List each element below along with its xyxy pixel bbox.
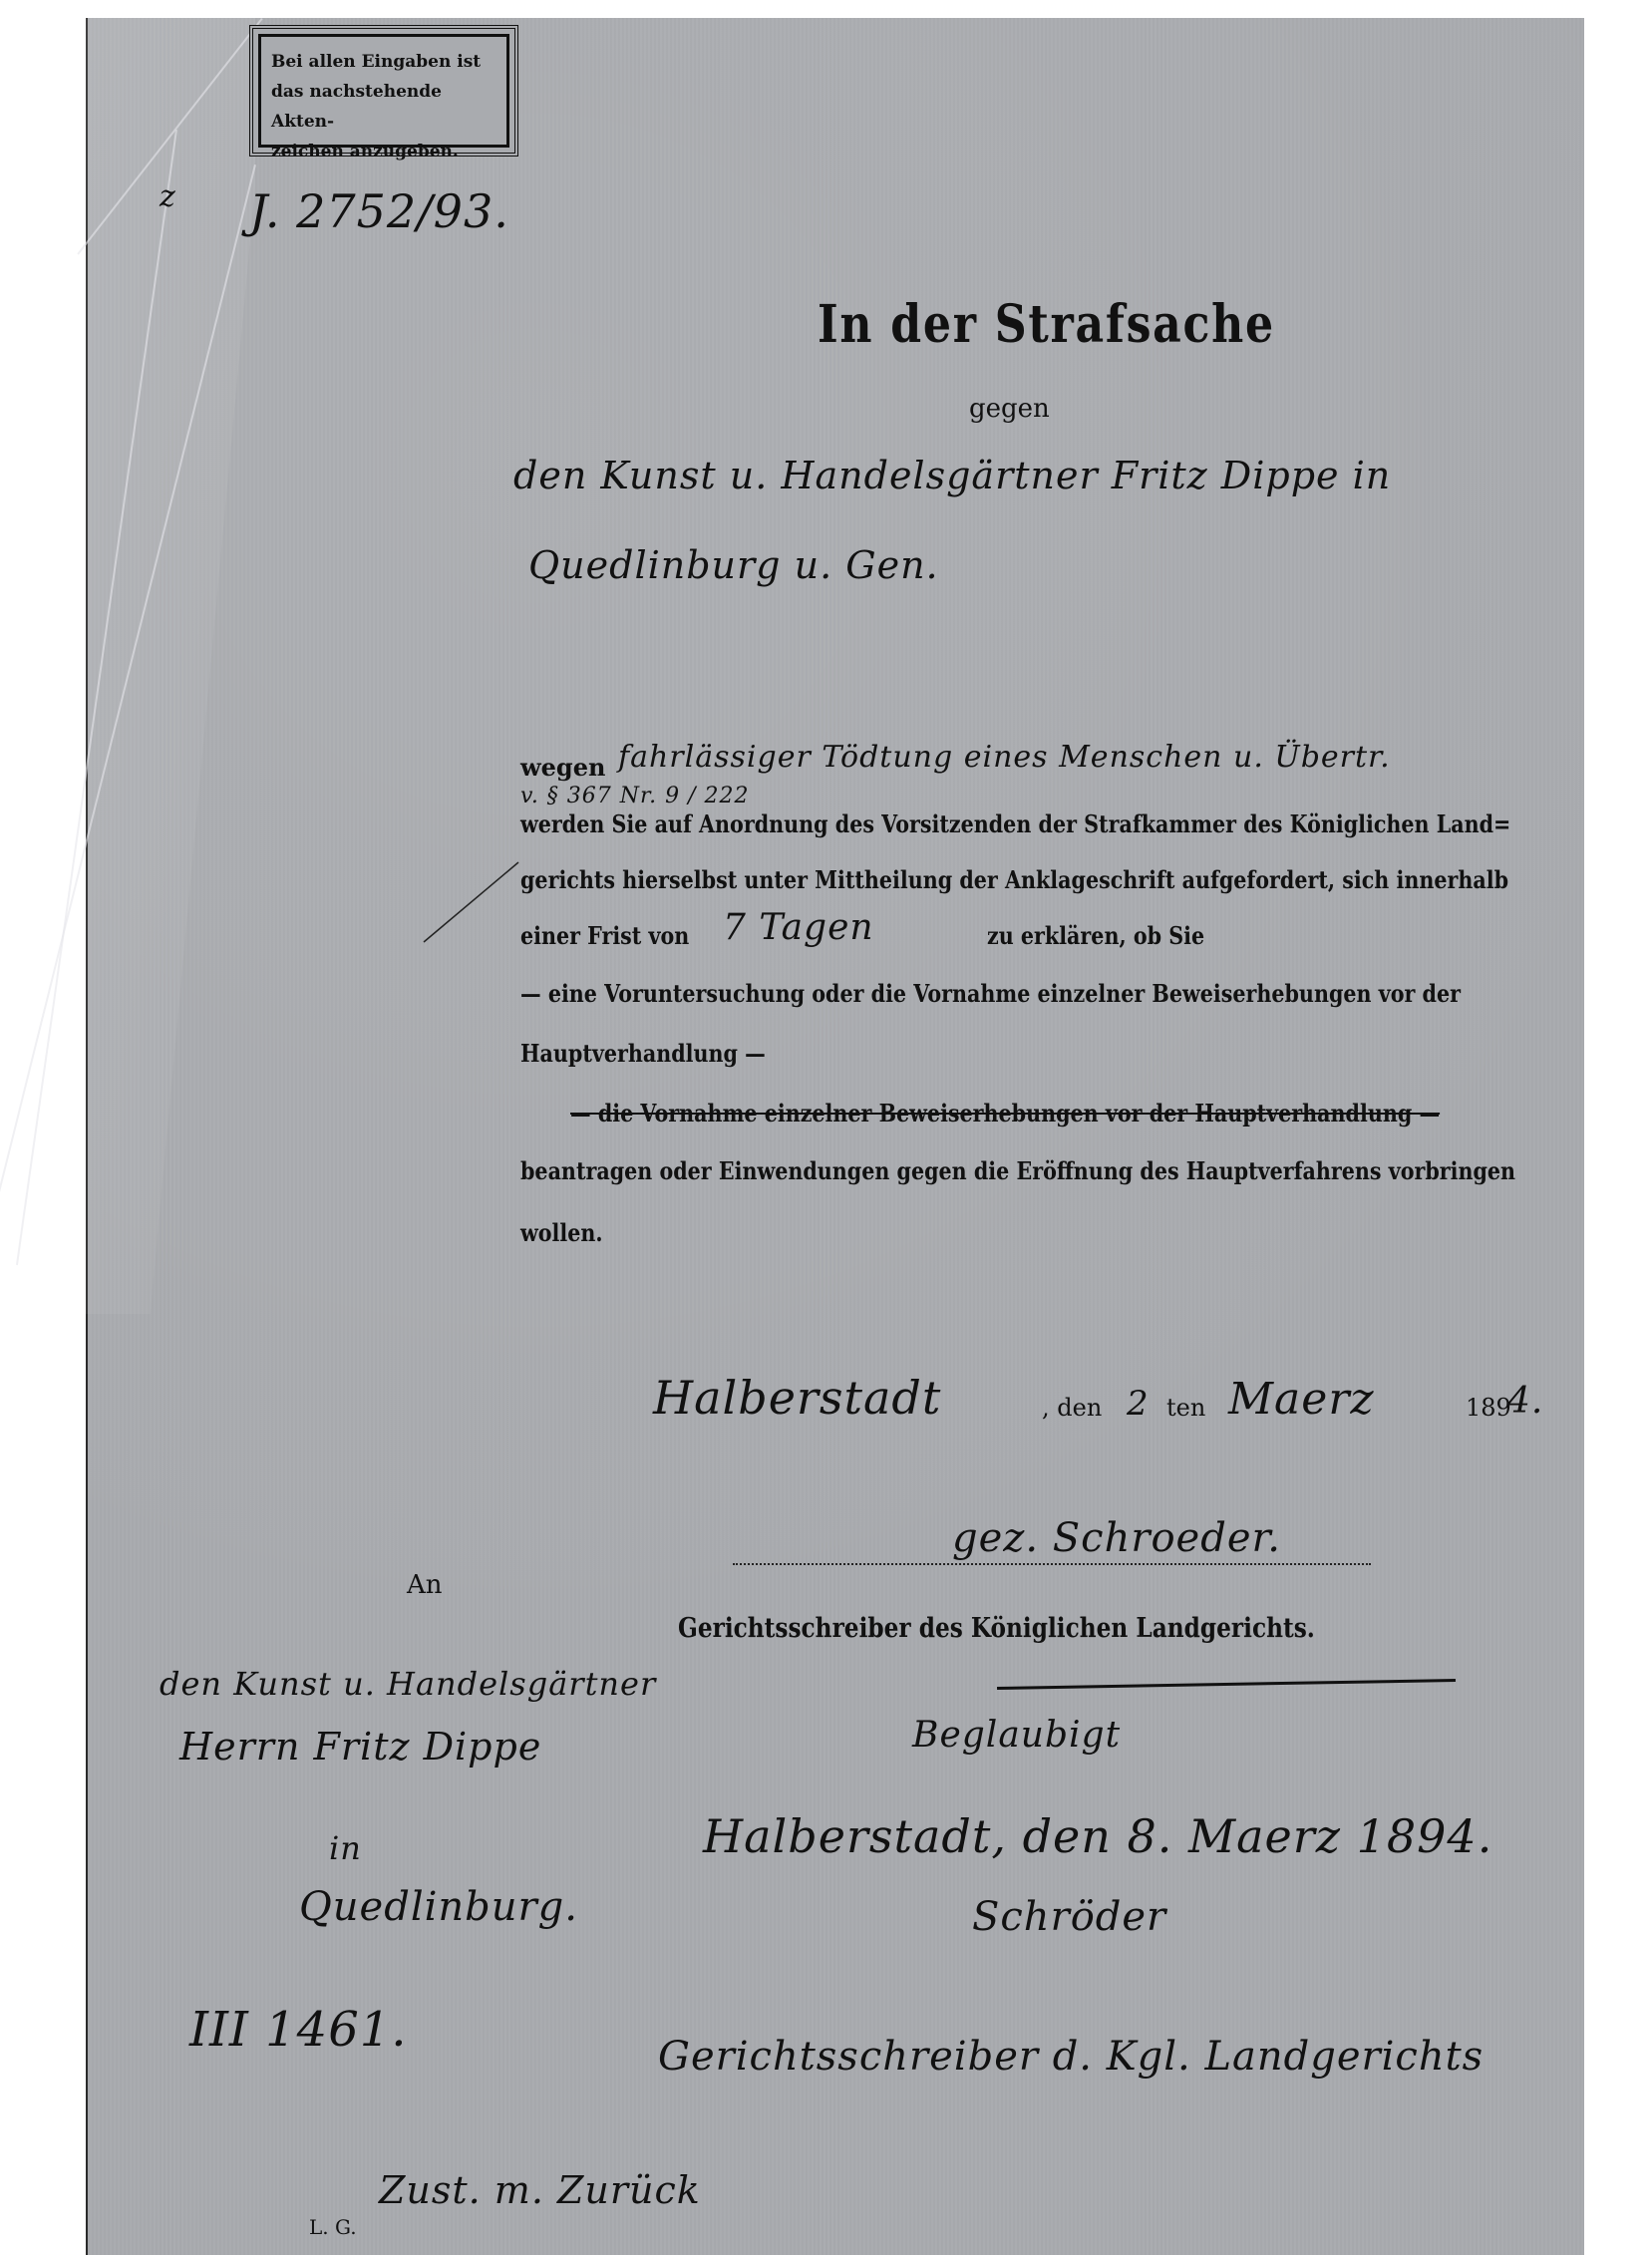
margin-stroke <box>419 857 528 947</box>
date-den: , den <box>1042 1394 1102 1422</box>
defendant-line-2: Quedlinburg u. Gen. <box>528 543 939 587</box>
seal-mark: L. G. <box>309 2215 357 2239</box>
notice-line: Bei allen Eingaben ist <box>271 47 500 77</box>
defendant-line-1: den Kunst u. Handelsgärtner Fritz Dippe … <box>513 454 1391 497</box>
date-place: Halberstadt <box>653 1371 941 1425</box>
charge-text-line-1: fahrlässiger Tödtung eines Menschen u. Ü… <box>618 740 1391 775</box>
date-day: 2 <box>1127 1384 1150 1424</box>
certification-place-date: Halberstadt, den 8. Maerz 1894. <box>703 1809 1492 1863</box>
against-label: gegen <box>969 394 1050 424</box>
address-line-2: Herrn Fritz Dippe <box>179 1725 541 1769</box>
body-line-6-struck: — die Vornahme einzelner Beweiserhebunge… <box>570 1099 1440 1127</box>
margin-mark: z <box>160 179 176 214</box>
notice-line: zeichen anzugeben. <box>271 137 500 166</box>
date-year-handwritten: 4. <box>1507 1381 1543 1422</box>
body-line-7: beantragen oder Einwendungen gegen die E… <box>520 1156 1515 1185</box>
notice-box-text: Bei allen Eingaben ist das nachstehende … <box>271 47 500 166</box>
address-line-3: in <box>329 1829 362 1867</box>
signature-dotted-line <box>733 1563 1371 1565</box>
body-line-4: — eine Voruntersuchung oder die Vornahme… <box>520 979 1461 1008</box>
certification-signature: Schröder <box>972 1894 1166 1940</box>
delivery-note: Zust. m. Zurück <box>379 2168 701 2212</box>
charge-text-line-2: v. § 367 Nr. 9 / 222 <box>520 784 750 808</box>
address-to-label: An <box>407 1570 443 1600</box>
body-line-1: werden Sie auf Anordnung des Vorsitzende… <box>520 809 1510 838</box>
body-line-2: gerichts hierselbst unter Mittheilung de… <box>520 865 1508 894</box>
date-year-printed: 189 <box>1466 1394 1511 1422</box>
date-ten: ten <box>1166 1394 1205 1422</box>
address-line-4: Quedlinburg. <box>299 1884 578 1930</box>
notice-box: Bei allen Eingaben ist das nachstehende … <box>249 25 518 157</box>
body-line-3-prefix: einer Frist von <box>520 921 689 950</box>
charge-label: wegen <box>520 753 605 782</box>
deadline-handwritten: 7 Tagen <box>723 907 874 948</box>
file-reference-number: J. 2752/93. <box>249 184 509 238</box>
notice-line: das nachstehende Akten- <box>271 77 500 137</box>
page-title: In der Strafsache <box>818 294 1275 355</box>
signature-title: Gerichtsschreiber des Königlichen Landge… <box>678 1613 1315 1644</box>
case-number: III 1461. <box>189 2002 408 2058</box>
body-line-8: wollen. <box>520 1218 603 1247</box>
address-line-1: den Kunst u. Handelsgärtner <box>160 1665 656 1703</box>
certification-title: Gerichtsschreiber d. Kgl. Landgerichts <box>658 2034 1484 2080</box>
body-line-5: Hauptverhandlung — <box>520 1039 766 1068</box>
signature: gez. Schroeder. <box>952 1515 1281 1561</box>
date-month: Maerz <box>1228 1374 1375 1425</box>
certification-heading: Beglaubigt <box>912 1715 1121 1756</box>
body-line-3-suffix: zu erklären, ob Sie <box>987 921 1204 950</box>
